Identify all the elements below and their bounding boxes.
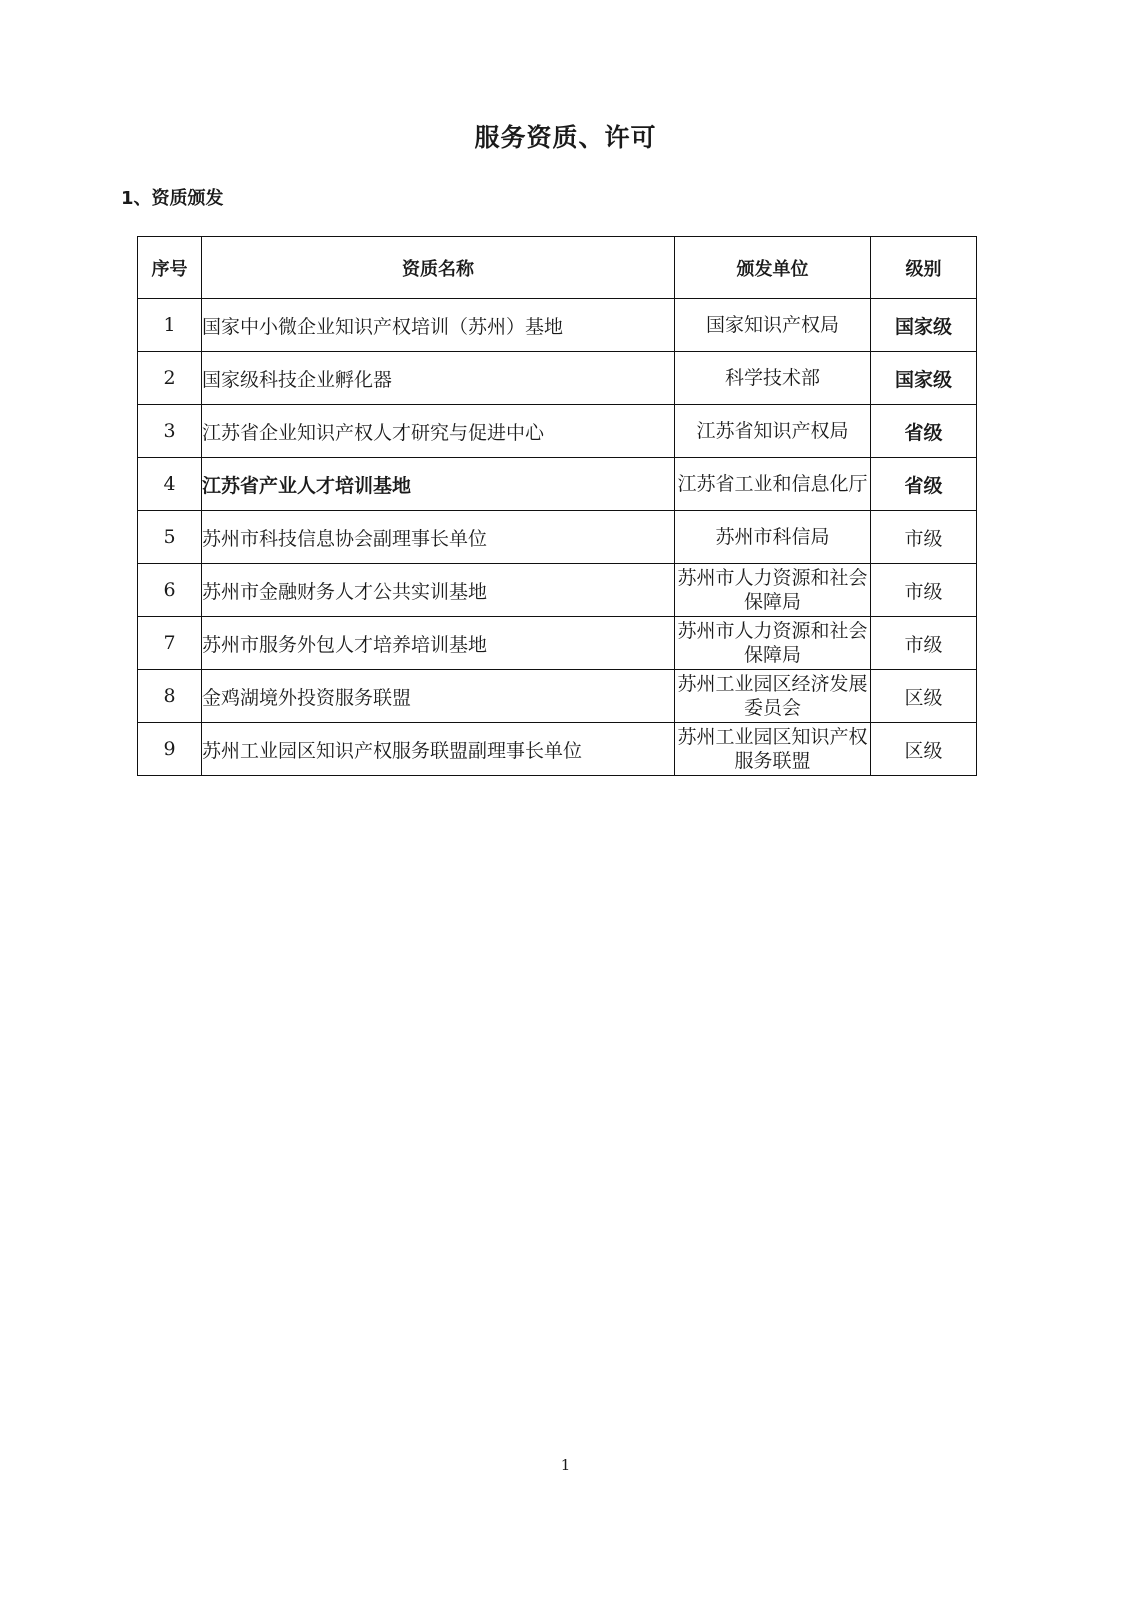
cell-index: 9 (138, 723, 202, 776)
cell-name: 苏州市服务外包人才培养培训基地 (202, 617, 675, 670)
cell-name: 苏州市金融财务人才公共实训基地 (202, 564, 675, 617)
cell-issuer: 苏州工业园区经济发展委员会 (675, 670, 871, 723)
cell-level: 区级 (871, 670, 977, 723)
cell-level: 国家级 (871, 352, 977, 405)
cell-name: 苏州工业园区知识产权服务联盟副理事长单位 (202, 723, 675, 776)
cell-index: 3 (138, 405, 202, 458)
cell-name: 国家中小微企业知识产权培训（苏州）基地 (202, 299, 675, 352)
cell-name: 江苏省产业人才培训基地 (202, 458, 675, 511)
cell-level: 市级 (871, 617, 977, 670)
cell-level: 市级 (871, 564, 977, 617)
header-index: 序号 (138, 237, 202, 299)
table-row: 7 苏州市服务外包人才培养培训基地 苏州市人力资源和社会保障局 市级 (138, 617, 977, 670)
cell-index: 2 (138, 352, 202, 405)
cell-level: 市级 (871, 511, 977, 564)
cell-issuer: 苏州工业园区知识产权服务联盟 (675, 723, 871, 776)
cell-level: 省级 (871, 458, 977, 511)
table-row: 9 苏州工业园区知识产权服务联盟副理事长单位 苏州工业园区知识产权服务联盟 区级 (138, 723, 977, 776)
cell-name: 苏州市科技信息协会副理事长单位 (202, 511, 675, 564)
cell-issuer: 国家知识产权局 (675, 299, 871, 352)
table-row: 3 江苏省企业知识产权人才研究与促进中心 江苏省知识产权局 省级 (138, 405, 977, 458)
cell-index: 4 (138, 458, 202, 511)
table-row: 5 苏州市科技信息协会副理事长单位 苏州市科信局 市级 (138, 511, 977, 564)
header-level: 级别 (871, 237, 977, 299)
table-row: 1 国家中小微企业知识产权培训（苏州）基地 国家知识产权局 国家级 (138, 299, 977, 352)
header-issuer: 颁发单位 (675, 237, 871, 299)
cell-issuer: 科学技术部 (675, 352, 871, 405)
table-header-row: 序号 资质名称 颁发单位 级别 (138, 237, 977, 299)
table-row: 2 国家级科技企业孵化器 科学技术部 国家级 (138, 352, 977, 405)
header-name: 资质名称 (202, 237, 675, 299)
cell-name: 国家级科技企业孵化器 (202, 352, 675, 405)
cell-issuer: 江苏省知识产权局 (675, 405, 871, 458)
table-row: 6 苏州市金融财务人才公共实训基地 苏州市人力资源和社会保障局 市级 (138, 564, 977, 617)
cell-level: 区级 (871, 723, 977, 776)
cell-issuer: 苏州市人力资源和社会保障局 (675, 617, 871, 670)
cell-level: 国家级 (871, 299, 977, 352)
cell-index: 8 (138, 670, 202, 723)
cell-name: 金鸡湖境外投资服务联盟 (202, 670, 675, 723)
page-title: 服务资质、许可 (0, 118, 1131, 154)
cell-index: 7 (138, 617, 202, 670)
cell-name: 江苏省企业知识产权人才研究与促进中心 (202, 405, 675, 458)
cell-level: 省级 (871, 405, 977, 458)
cell-issuer: 苏州市科信局 (675, 511, 871, 564)
cell-index: 1 (138, 299, 202, 352)
cell-index: 6 (138, 564, 202, 617)
table-row: 8 金鸡湖境外投资服务联盟 苏州工业园区经济发展委员会 区级 (138, 670, 977, 723)
section-heading: 1、资质颁发 (121, 184, 224, 210)
qualifications-table: 序号 资质名称 颁发单位 级别 1 国家中小微企业知识产权培训（苏州）基地 国家… (137, 236, 977, 776)
table-row: 4 江苏省产业人才培训基地 江苏省工业和信息化厅 省级 (138, 458, 977, 511)
page-number: 1 (0, 1456, 1131, 1474)
cell-issuer: 江苏省工业和信息化厅 (675, 458, 871, 511)
cell-issuer: 苏州市人力资源和社会保障局 (675, 564, 871, 617)
cell-index: 5 (138, 511, 202, 564)
